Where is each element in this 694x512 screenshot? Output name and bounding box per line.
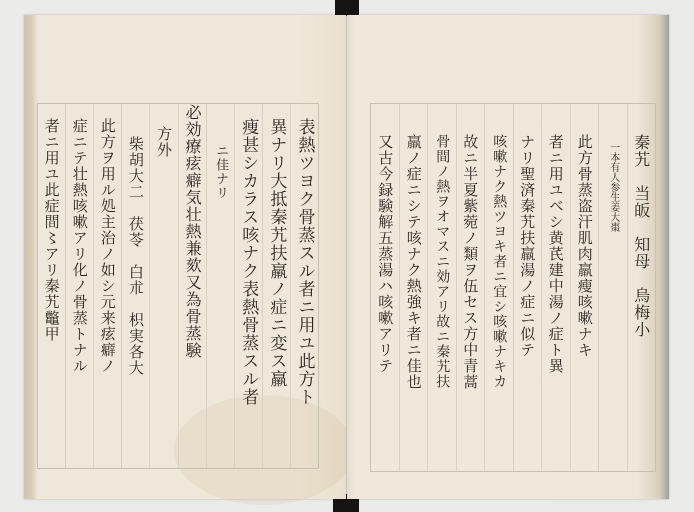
- column-text: 方外: [153, 126, 175, 468]
- text-column: 羸ノ症ニシテ咳ナク熱強キ者ニ佳也: [399, 104, 428, 471]
- text-column: 咳嗽ナク熱ツヨキ者ニ宜シ咳嗽ナキカ: [484, 104, 513, 471]
- column-text: 者ニ用ユ此症間〻アリ秦艽鼈甲: [42, 118, 62, 468]
- text-column: 骨間ノ熱ヲオマスニ効アリ故ニ秦艽扶: [427, 104, 456, 471]
- spine-top: [335, 0, 359, 16]
- column-text: ニ佳ナリ: [209, 144, 231, 468]
- text-column: 症ニテ壮熱咳嗽アリ化ノ骨蒸トナル: [65, 104, 93, 468]
- left-page: 表熱ツヨク骨蒸スル者ニ用ユ此方ト 異ナリ大抵秦艽扶羸ノ症ニ変ス羸 痩甚シカラス咳…: [24, 15, 346, 499]
- text-column: 此方ヲ用ル処主治ノ如シ元来痃癖ノ: [93, 104, 121, 468]
- right-page: 秦艽 当皈 知母 烏梅小 一本有人参生姜大棗 此方骨蒸盗汗肌肉羸瘦咳嗽ナキ 者ニ…: [347, 15, 669, 499]
- left-text-frame: 表熱ツヨク骨蒸スル者ニ用ユ此方ト 異ナリ大抵秦艽扶羸ノ症ニ変ス羸 痩甚シカラス咳…: [37, 103, 319, 469]
- text-column: 此方骨蒸盗汗肌肉羸瘦咳嗽ナキ: [570, 104, 599, 471]
- column-text: 羸ノ症ニシテ咳ナク熱強キ者ニ佳也: [404, 134, 423, 471]
- text-column: 異ナリ大抵秦艽扶羸ノ症ニ変ス羸: [262, 104, 290, 468]
- right-text-frame: 秦艽 当皈 知母 烏梅小 一本有人参生姜大棗 此方骨蒸盗汗肌肉羸瘦咳嗽ナキ 者ニ…: [370, 103, 656, 472]
- column-text: 故ニ半夏紫菀ノ類ヲ伍セス方中青蒿: [460, 134, 480, 471]
- column-text: 此方ヲ用ル処主治ノ如シ元来痃癖ノ: [98, 118, 118, 468]
- text-column: 者ニ用ユベシ黄芪建中湯ノ症ト異: [541, 104, 570, 471]
- column-text: ナリ聖済秦艽扶羸湯ノ症ニ似テ: [517, 134, 537, 471]
- text-column: 表熱ツヨク骨蒸スル者ニ用ユ此方ト: [290, 104, 318, 468]
- column-text: 表熱ツヨク骨蒸スル者ニ用ユ此方ト: [293, 118, 315, 468]
- text-column: 柴胡大二 茯苓 白朮 枳実各大: [121, 104, 149, 468]
- column-text: 必効療痃癖気壮熱兼欬又為骨蒸験: [182, 104, 202, 468]
- column-text: 咳嗽ナク熱ツヨキ者ニ宜シ咳嗽ナキカ: [489, 134, 508, 471]
- text-column: 故ニ半夏紫菀ノ類ヲ伍セス方中青蒿: [456, 104, 485, 471]
- text-column: ナリ聖済秦艽扶羸湯ノ症ニ似テ: [513, 104, 542, 471]
- column-text: 又古今録験解五蒸湯ハ咳嗽アリテ: [374, 134, 395, 471]
- text-column: 者ニ用ユ此症間〻アリ秦艽鼈甲: [38, 104, 65, 468]
- column-text: 者ニ用ユベシ黄芪建中湯ノ症ト異: [546, 134, 566, 471]
- text-column: ニ佳ナリ: [206, 104, 234, 468]
- text-column: 秦艽 当皈 知母 烏梅小: [627, 104, 656, 471]
- column-text: 秦艽 当皈 知母 烏梅小: [631, 134, 652, 471]
- column-text: 柴胡大二 茯苓 白朮 枳実各大: [126, 136, 146, 468]
- column-text: 症ニテ壮熱咳嗽アリ化ノ骨蒸トナル: [70, 118, 90, 468]
- text-column: 必効療痃癖気壮熱兼欬又為骨蒸験: [178, 104, 206, 468]
- text-column: 方外: [149, 104, 177, 468]
- column-text: 骨間ノ熱ヲオマスニ効アリ故ニ秦艽扶: [432, 134, 451, 471]
- text-column: 又古今録験解五蒸湯ハ咳嗽アリテ: [371, 104, 399, 471]
- text-column: 痩甚シカラス咳ナク表熱骨蒸スル者: [234, 104, 262, 468]
- column-text: 痩甚シカラス咳ナク表熱骨蒸スル者: [237, 118, 259, 468]
- column-text: 異ナリ大抵秦艽扶羸ノ症ニ変ス羸: [265, 118, 287, 468]
- column-text: 此方骨蒸盗汗肌肉羸瘦咳嗽ナキ: [574, 134, 595, 471]
- column-text: 一本有人参生姜大棗: [602, 142, 624, 471]
- text-column: 一本有人参生姜大棗: [598, 104, 627, 471]
